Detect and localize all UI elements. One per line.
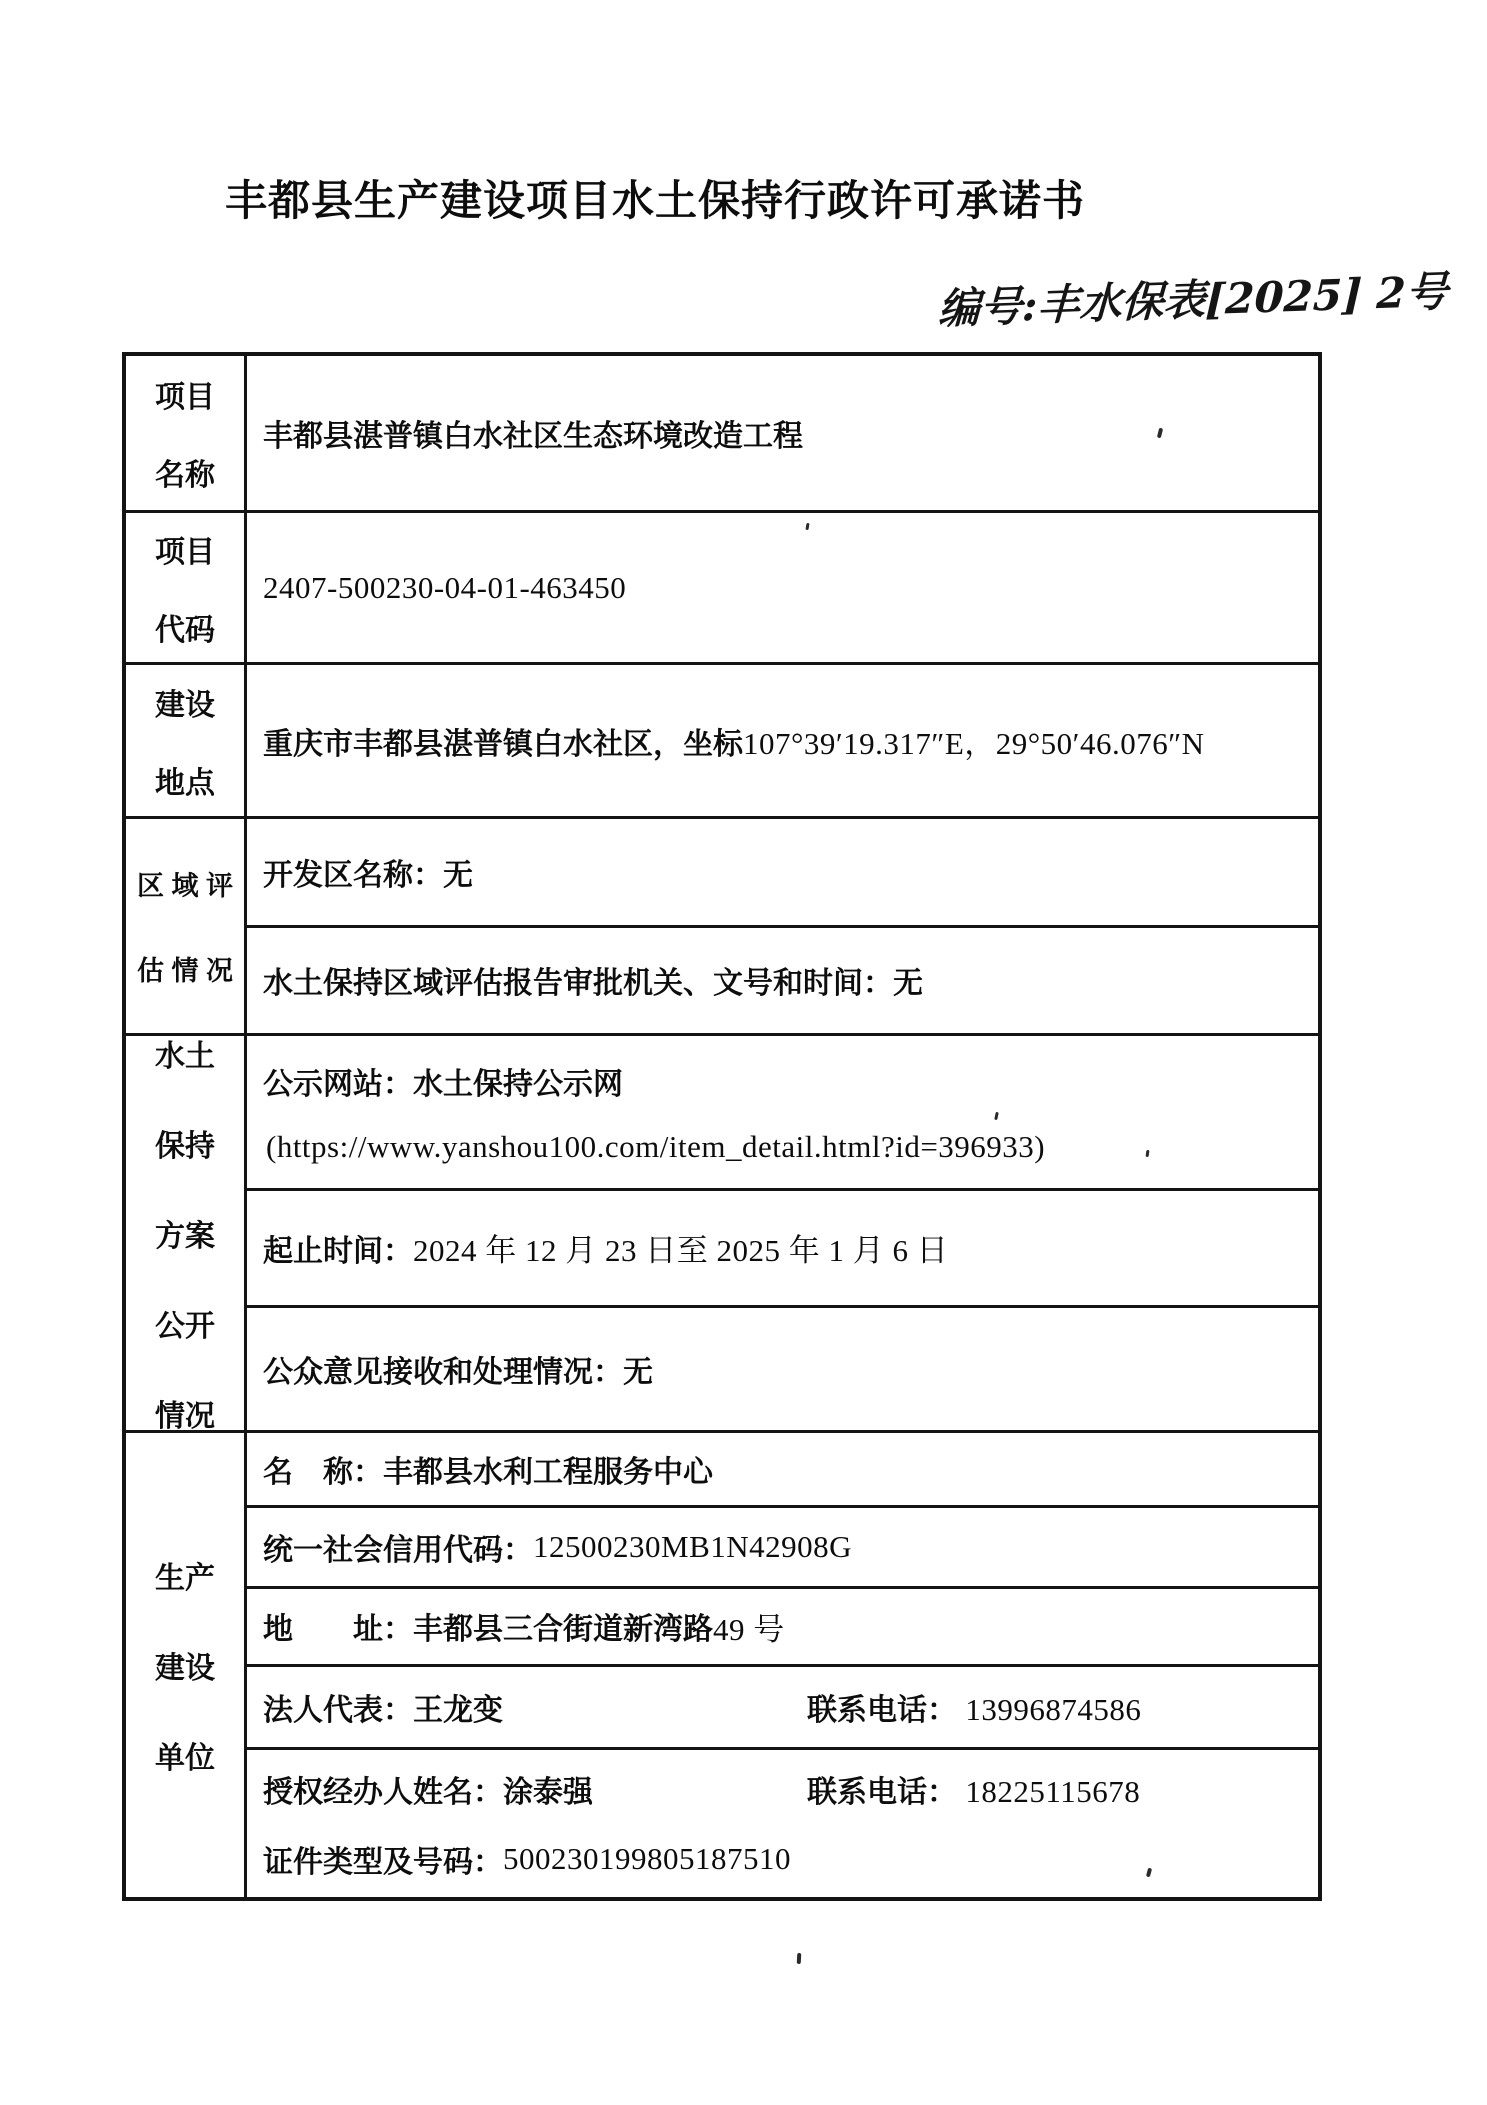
legal-rep-phone: 联系电话： 13996874586 [807,1685,1141,1729]
location-coordinates: 107°39′19.317″E，29°50′46.076″N [743,718,1205,763]
agent-line: 授权经办人姓名：涂泰强 联系电话： 18225115678 [263,1767,1318,1811]
label-line: 情况 [155,1391,215,1435]
publicity-website: 公示网站：水土保持公示网 [263,1059,1318,1103]
address-number: 49 号 [713,1604,785,1649]
scanned-document-page: 丰都县生产建设项目水土保持行政许可承诺书 编号:丰水保表[2025] 2号 项目… [0,0,1487,2105]
label-line: 建设 [155,680,215,724]
row-label-project-name: 项目 名称 [126,356,247,510]
label-line: 项目 [155,527,215,571]
publicity-url: (https://www.yanshou100.com/item_detail.… [266,1129,1318,1165]
unit-name: 名 称：丰都县水利工程服务中心 [263,1447,1318,1491]
row-value-col: 开发区名称：无 水土保持区域评估报告审批机关、文号和时间：无 [247,819,1318,1033]
unit-address-subrow: 地 址：丰都县三合街道新湾路 49 号 [247,1586,1318,1664]
phone-label: 联系电话： [807,1694,957,1727]
label-line: 项目 [155,372,215,416]
phone-number: 13996874586 [965,1692,1141,1727]
label-line: 单位 [155,1733,215,1777]
row-label-plan-publicity: 水土 保持 方案 公开 情况 [126,1036,247,1430]
label-line: 方案 [155,1211,215,1255]
scan-speck [797,1953,802,1964]
location-value: 重庆市丰都县湛普镇白水社区，坐标 107°39′19.317″E，29°50′4… [247,665,1318,816]
unit-name-subrow: 名 称：丰都县水利工程服务中心 [247,1433,1318,1505]
row-label-location: 建设 地点 [126,665,247,816]
publicity-feedback: 公众意见接收和处理情况：无 [263,1347,1318,1391]
unit-credit-code: 统一社会信用代码： 12500230MB1N42908G [263,1525,1318,1569]
permit-form-table: 项目 名称 丰都县湛普镇白水社区生态环境改造工程 项目 代码 2407-5002… [122,352,1322,1901]
row-value-col: 重庆市丰都县湛普镇白水社区，坐标 107°39′19.317″E，29°50′4… [247,665,1318,816]
unit-legal-rep-subrow: 法人代表：王龙变 联系电话： 13996874586 [247,1664,1318,1747]
phone-label: 联系电话： [807,1776,957,1809]
label-line: 保持 [155,1121,215,1165]
publicity-period-subrow: 起止时间： 2024 年 12 月 23 日至 2025 年 1 月 6 日 [247,1188,1318,1305]
id-number: 500230199805187510 [503,1841,791,1877]
id-type-label: 证件类型及号码： [263,1837,503,1881]
agent-name: 授权经办人姓名：涂泰强 [263,1767,593,1811]
credit-code-value: 12500230MB1N42908G [533,1529,852,1565]
label-line: 代码 [155,605,215,649]
table-row: 项目 代码 2407-500230-04-01-463450 [126,510,1318,662]
label-line: 地点 [155,758,215,802]
row-value-col: 名 称：丰都县水利工程服务中心 统一社会信用代码： 12500230MB1N42… [247,1433,1318,1897]
address-label: 地 址：丰都县三合街道新湾路 [263,1604,713,1648]
handwritten-doc-number: 编号:丰水保表[2025] 2号 [937,260,1419,337]
unit-agent-subrow: 授权经办人姓名：涂泰强 联系电话： 18225115678 证件类型及号码： 5… [247,1747,1318,1897]
table-row: 生产 建设 单位 名 称：丰都县水利工程服务中心 统一社会信用代码： 12500… [126,1430,1318,1897]
label-line: 水土 [155,1031,215,1075]
legal-rep-name: 法人代表：王龙变 [263,1685,503,1729]
label-line: 生产 [155,1553,215,1597]
label-line: 公开 [155,1301,215,1345]
row-value-col: 2407-500230-04-01-463450 [247,513,1318,662]
credit-code-label: 统一社会信用代码： [263,1525,533,1569]
label-line: 建设 [155,1643,215,1687]
row-label-construction-unit: 生产 建设 单位 [126,1433,247,1897]
legal-rep-line: 法人代表：王龙变 联系电话： 13996874586 [263,1685,1318,1729]
agent-phone: 联系电话： 18225115678 [807,1767,1140,1811]
eval-report-subrow: 水土保持区域评估报告审批机关、文号和时间：无 [247,925,1318,1034]
devzone-name: 开发区名称：无 [263,850,1318,894]
location-text: 重庆市丰都县湛普镇白水社区，坐标 [263,719,743,763]
row-label-regional-eval: 区 域 评 估 情 况 [126,819,247,1033]
table-row: 建设 地点 重庆市丰都县湛普镇白水社区，坐标 107°39′19.317″E，2… [126,662,1318,816]
period-dates: 2024 年 12 月 23 日至 2025 年 1 月 6 日 [413,1225,948,1270]
document-title: 丰都县生产建设项目水土保持行政许可承诺书 [0,168,1310,228]
publicity-period: 起止时间： 2024 年 12 月 23 日至 2025 年 1 月 6 日 [263,1225,1318,1270]
project-code-value: 2407-500230-04-01-463450 [247,513,1318,662]
row-value-col: 公示网站：水土保持公示网 (https://www.yanshou100.com… [247,1036,1318,1430]
publicity-feedback-subrow: 公众意见接收和处理情况：无 [247,1305,1318,1430]
period-label: 起止时间： [263,1226,413,1270]
row-label-project-code: 项目 代码 [126,513,247,662]
agent-id-line: 证件类型及号码： 500230199805187510 [263,1837,1318,1881]
table-row: 水土 保持 方案 公开 情况 公示网站：水土保持公示网 (https://www… [126,1033,1318,1430]
label-line: 名称 [155,450,215,494]
label-line: 区 域 评 [137,864,233,903]
project-code-number: 2407-500230-04-01-463450 [263,570,626,606]
publicity-url-text: (https://www.yanshou100.com/item_detail.… [266,1129,1045,1165]
eval-report-text: 水土保持区域评估报告审批机关、文号和时间：无 [263,958,1318,1002]
devzone-subrow: 开发区名称：无 [247,819,1318,925]
unit-credit-code-subrow: 统一社会信用代码： 12500230MB1N42908G [247,1505,1318,1586]
unit-address: 地 址：丰都县三合街道新湾路 49 号 [263,1604,1318,1649]
table-row: 项目 名称 丰都县湛普镇白水社区生态环境改造工程 [126,356,1318,510]
publicity-website-subrow: 公示网站：水土保持公示网 (https://www.yanshou100.com… [247,1036,1318,1188]
phone-number: 18225115678 [965,1774,1140,1809]
table-row: 区 域 评 估 情 况 开发区名称：无 水土保持区域评估报告审批机关、文号和时间… [126,816,1318,1033]
label-line: 估 情 况 [137,949,233,988]
